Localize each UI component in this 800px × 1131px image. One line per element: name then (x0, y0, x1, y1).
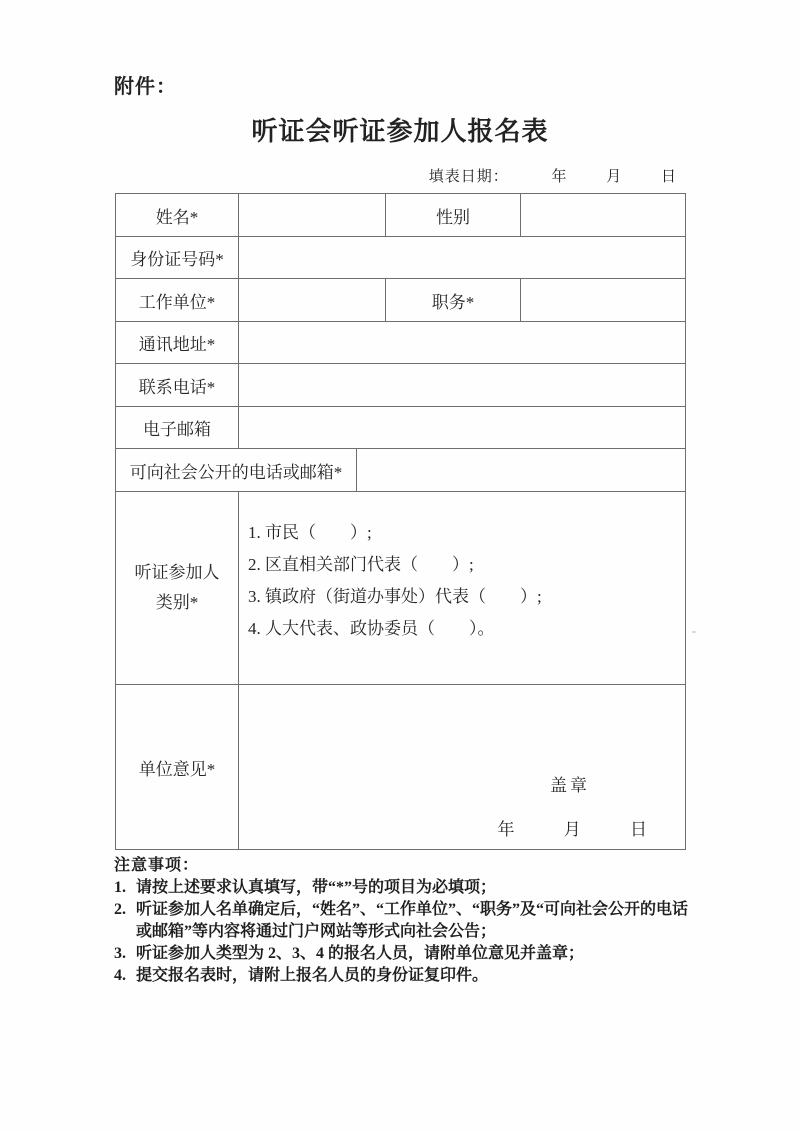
email-value-cell (239, 407, 686, 449)
row-unit-opinion: 单位意见* 盖章 年 月 日 (116, 685, 686, 850)
opinion-year-label: 年 (498, 820, 515, 839)
row-address: 通讯地址* (116, 322, 686, 364)
category-option-citizen: 1. 市民（ ）; (248, 517, 677, 549)
unit-opinion-label: 单位意见* (116, 685, 239, 850)
category-option-district: 2. 区直相关部门代表（ ）; (248, 549, 677, 581)
notes-section: 注意事项： 1. 请按上述要求认真填写，带“*”号的项目为必填项； 2. 听证参… (114, 855, 698, 987)
address-label: 通讯地址* (116, 322, 239, 364)
row-public-contact: 可向社会公开的电话或邮箱* (116, 449, 686, 492)
note-item-4: 4. 提交报名表时，请附上报名人员的身份证复印件。 (114, 965, 698, 987)
position-label: 职务* (386, 279, 521, 322)
fill-date-line: 填表日期： 年 月 日 (115, 165, 685, 186)
fill-date-year-label: 年 (551, 169, 567, 185)
opinion-month-label: 月 (564, 820, 581, 839)
row-phone: 联系电话* (116, 364, 686, 407)
public-contact-value-cell (357, 449, 686, 492)
note-4-text: 提交报名表时，请附上报名人员的身份证复印件。 (136, 965, 698, 987)
note-2-text: 听证参加人名单确定后，“姓名”、“工作单位”、“职务”及“可向社会公开的电话或邮… (136, 899, 698, 943)
note-item-3: 3. 听证参加人类型为 2、3、4 的报名人员，请附单位意见并盖章； (114, 943, 698, 965)
category-label-line2: 类别* (116, 588, 238, 618)
note-2-number: 2. (114, 899, 136, 943)
notes-heading: 注意事项： (114, 855, 698, 877)
category-options-cell: 1. 市民（ ）; 2. 区直相关部门代表（ ）; 3. 镇政府（街道办事处）代… (239, 492, 686, 685)
unit-opinion-cell: 盖章 年 月 日 (239, 685, 686, 850)
note-3-number: 3. (114, 943, 136, 965)
category-option-npc-cppcc: 4. 人大代表、政协委员（ ）。 (248, 613, 677, 645)
id-number-value-cell (239, 237, 686, 279)
row-email: 电子邮箱 (116, 407, 686, 449)
phone-label: 联系电话* (116, 364, 239, 407)
opinion-date-line: 年 月 日 (498, 815, 648, 840)
gender-label: 性别 (386, 194, 521, 237)
row-participant-category: 听证参加人 类别* 1. 市民（ ）; 2. 区直相关部门代表（ ）; 3. 镇… (116, 492, 686, 685)
fill-date-day-label: 日 (661, 169, 677, 185)
category-label: 听证参加人 类别* (116, 492, 239, 685)
category-label-line1: 听证参加人 (116, 558, 238, 588)
name-label: 姓名* (116, 194, 239, 237)
phone-value-cell (239, 364, 686, 407)
row-unit-position: 工作单位* 职务* (116, 279, 686, 322)
scanned-form-page: 附件： 听证会听证参加人报名表 填表日期： 年 月 日 姓名* 性别 身份证号码… (0, 0, 800, 1131)
note-item-1: 1. 请按上述要求认真填写，带“*”号的项目为必填项； (114, 877, 698, 899)
address-value-cell (239, 322, 686, 364)
position-value-cell (521, 279, 686, 322)
form-title: 听证会听证参加人报名表 (0, 111, 800, 148)
name-value-cell (239, 194, 386, 237)
category-option-town-gov: 3. 镇政府（街道办事处）代表（ ）; (248, 581, 677, 613)
note-4-number: 4. (114, 965, 136, 987)
opinion-day-label: 日 (630, 820, 647, 839)
gender-value-cell (521, 194, 686, 237)
row-id-number: 身份证号码* (116, 237, 686, 279)
id-number-label: 身份证号码* (116, 237, 239, 279)
row-name-gender: 姓名* 性别 (116, 194, 686, 237)
public-contact-label: 可向社会公开的电话或邮箱* (116, 449, 357, 492)
scan-speckle (692, 631, 696, 633)
fill-date-month-label: 月 (606, 169, 622, 185)
note-3-text: 听证参加人类型为 2、3、4 的报名人员，请附单位意见并盖章； (136, 943, 698, 965)
email-label: 电子邮箱 (116, 407, 239, 449)
attachment-label: 附件： (114, 70, 177, 99)
work-unit-label: 工作单位* (116, 279, 239, 322)
work-unit-value-cell (239, 279, 386, 322)
registration-table: 姓名* 性别 身份证号码* 工作单位* 职务* 通讯地址* 联系电话* (115, 193, 686, 850)
fill-date-label: 填表日期： (429, 169, 509, 185)
note-item-2: 2. 听证参加人名单确定后，“姓名”、“工作单位”、“职务”及“可向社会公开的电… (114, 899, 698, 943)
note-1-number: 1. (114, 877, 136, 899)
stamp-label: 盖章 (550, 771, 590, 796)
note-1-text: 请按上述要求认真填写，带“*”号的项目为必填项； (136, 877, 698, 899)
